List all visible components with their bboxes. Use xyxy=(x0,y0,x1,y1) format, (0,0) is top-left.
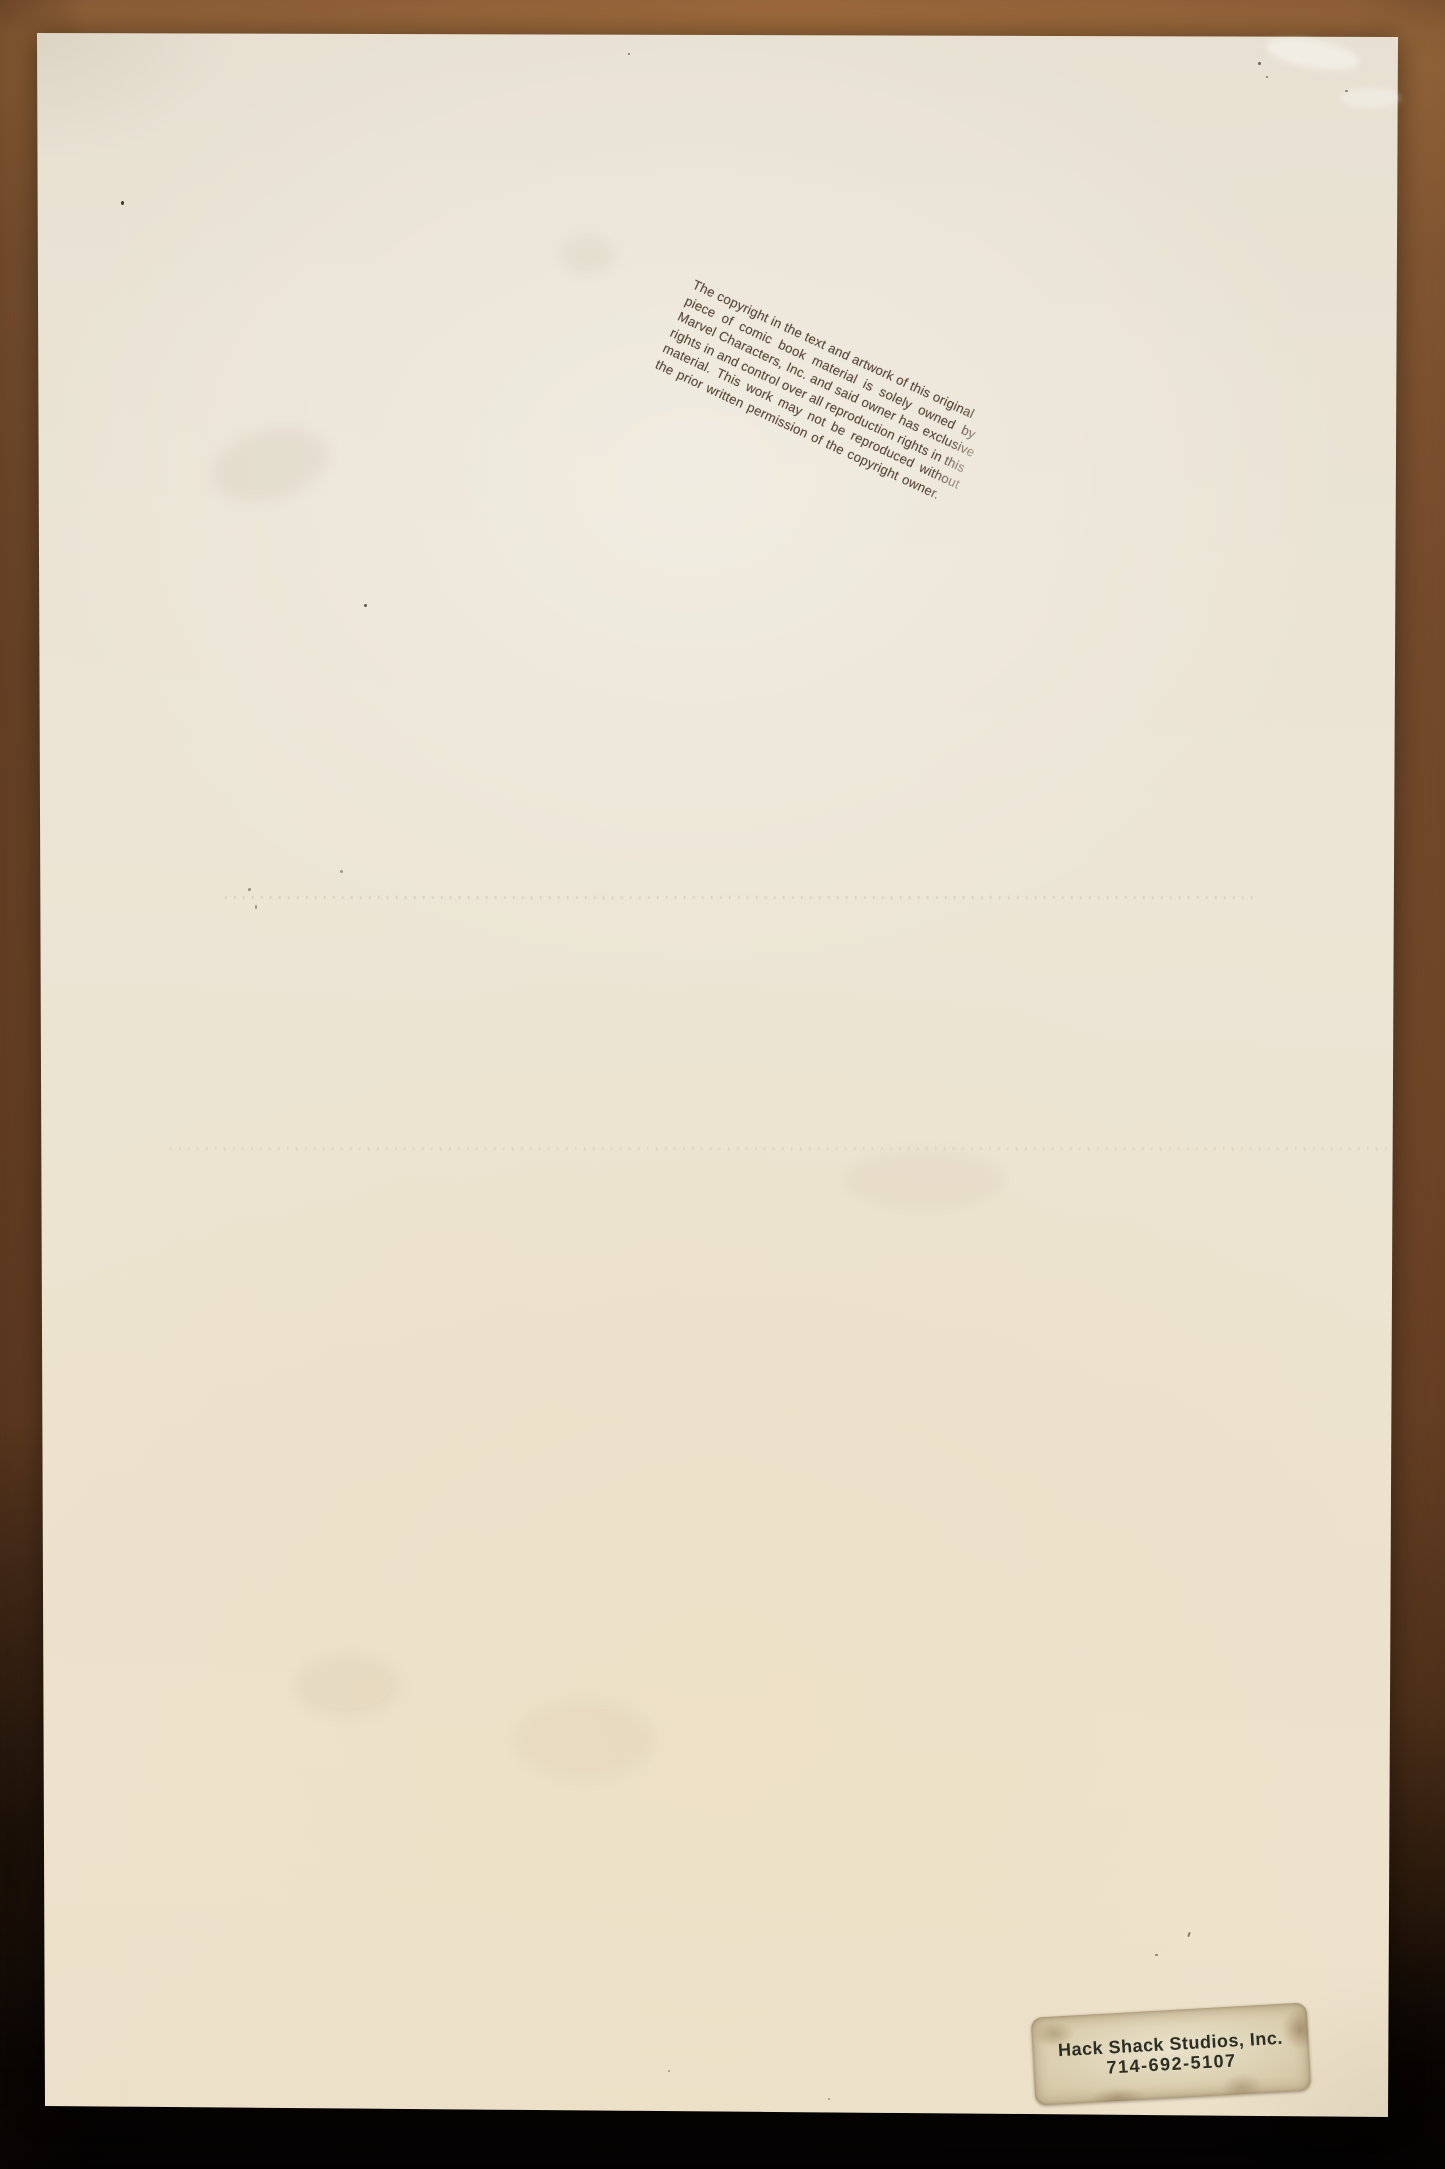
studio-sticker: Hack Shack Studios, Inc. 714-692-5107 xyxy=(1031,2002,1311,2105)
speck xyxy=(364,604,367,607)
speck xyxy=(828,2098,830,2100)
speck xyxy=(121,201,124,205)
speck xyxy=(1345,90,1348,92)
photo-of-art-board-back: The copyright in the text and artwork of… xyxy=(0,0,1445,2169)
speck xyxy=(255,905,257,909)
scuff-mark xyxy=(1340,88,1400,108)
speck xyxy=(1155,1954,1158,1956)
paper-stain xyxy=(295,1655,400,1717)
paper-stain xyxy=(560,235,615,275)
bleed-through-band xyxy=(225,896,1255,899)
speck xyxy=(248,888,251,891)
speck xyxy=(1258,62,1261,65)
speck xyxy=(668,2070,670,2072)
speck xyxy=(340,870,343,873)
speck xyxy=(628,53,630,55)
bleed-through-band xyxy=(170,1147,1420,1150)
paper-stain xyxy=(845,1150,1005,1210)
paper-stain xyxy=(515,1700,655,1780)
speck xyxy=(1266,76,1268,78)
